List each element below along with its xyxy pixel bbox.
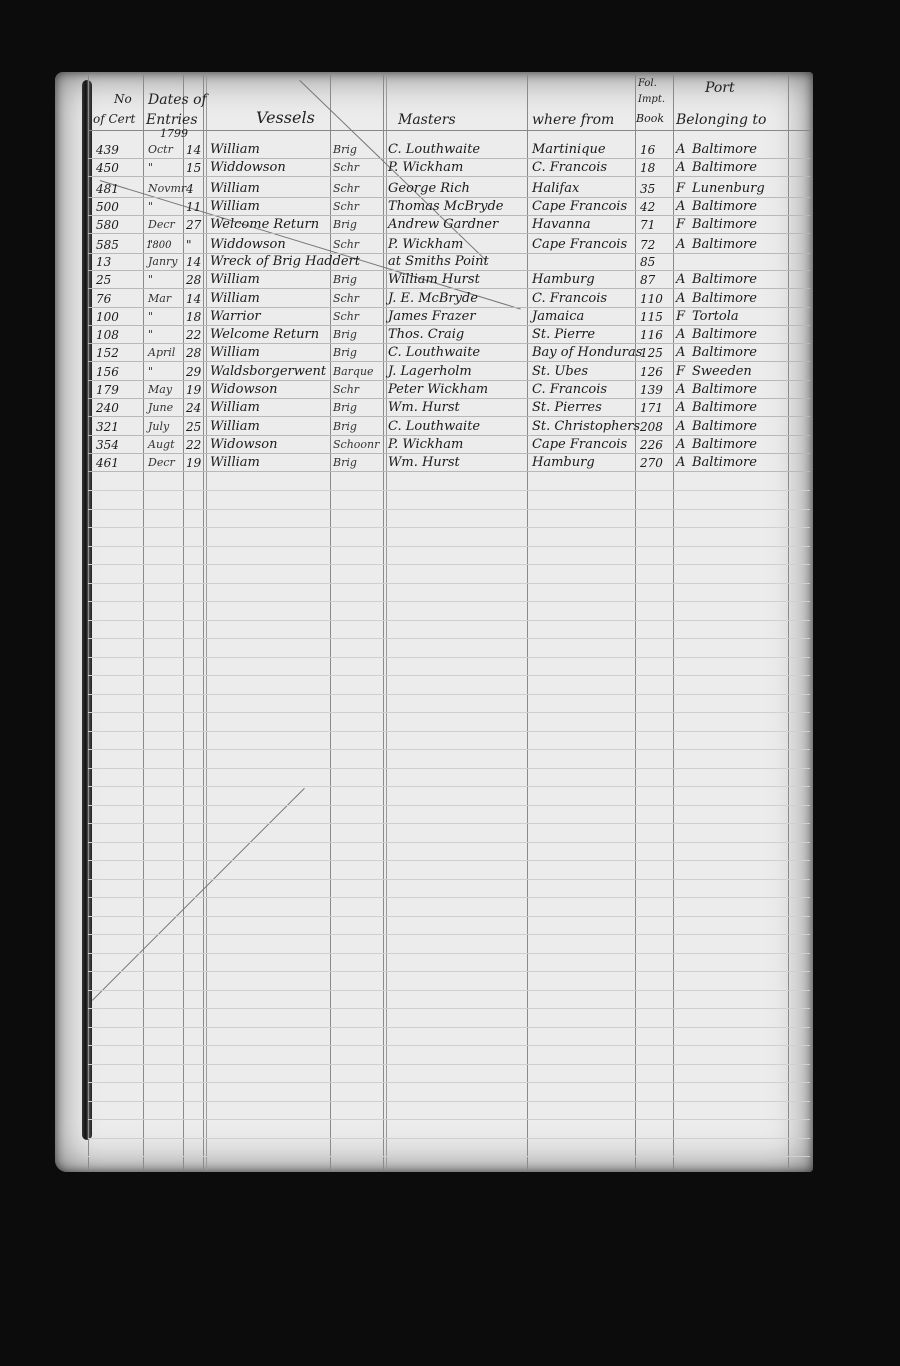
row-rule xyxy=(88,971,810,972)
vessel-name: Widowson xyxy=(210,381,277,399)
home-port: Baltimore xyxy=(692,418,757,436)
flag-mark: A xyxy=(676,399,685,417)
entry-number: 240 xyxy=(96,399,119,417)
master-name: George Rich xyxy=(388,180,470,198)
entry-day: 22 xyxy=(186,326,201,344)
vessel-name: Widdowson xyxy=(210,159,286,177)
vessel-name: William xyxy=(210,399,260,417)
entry-number: 354 xyxy=(96,436,119,454)
header-no-sub: of Cert xyxy=(93,112,135,126)
entry-day: 4 xyxy=(186,180,194,198)
home-port: Baltimore xyxy=(692,381,757,399)
folio-number: 126 xyxy=(640,363,663,381)
vessel-rig: Brig xyxy=(333,418,357,436)
origin-port: St. Ubes xyxy=(532,363,588,381)
master-name: J. Lagerholm xyxy=(388,363,472,381)
master-name: William Hurst xyxy=(388,271,480,289)
origin-port: St. Christophers xyxy=(532,418,640,436)
flag-mark: A xyxy=(676,198,685,216)
folio-number: 226 xyxy=(640,436,663,454)
vessel-name: Wreck of Brig Haddert xyxy=(210,253,360,271)
row-rule xyxy=(88,749,810,750)
entry-number: 585 xyxy=(96,236,119,254)
entry-month: Decr xyxy=(148,216,175,234)
entry-number: 25 xyxy=(96,271,111,289)
row-rule xyxy=(88,583,810,584)
entry-month: Mar xyxy=(148,290,171,308)
entry-month: Novmr xyxy=(148,180,186,198)
vessel-name: Welcome Return xyxy=(210,216,319,234)
flag-mark: A xyxy=(676,454,685,472)
rule-line xyxy=(527,75,528,1170)
entry-month: Decr xyxy=(148,454,175,472)
entry-month: Augt xyxy=(148,436,175,454)
rule-line xyxy=(88,75,89,1170)
header-folio-book: Book xyxy=(636,112,664,125)
entry-number: 439 xyxy=(96,141,119,159)
origin-port: Hamburg xyxy=(532,271,595,289)
row-rule xyxy=(88,934,810,935)
year-label: 1799 xyxy=(160,127,188,140)
header-port-sub: Belonging to xyxy=(676,112,766,128)
flag-mark: A xyxy=(676,326,685,344)
entry-number: 461 xyxy=(96,454,119,472)
vessel-rig: Schr xyxy=(333,308,359,326)
row-rule xyxy=(88,1064,810,1065)
folio-number: 71 xyxy=(640,216,655,234)
entry-month: " xyxy=(148,236,153,254)
vessel-rig: Brig xyxy=(333,141,357,159)
home-port: Lunenburg xyxy=(692,180,765,198)
entry-day: 27 xyxy=(186,216,201,234)
master-name: at Smiths Point xyxy=(388,253,489,271)
header-rule xyxy=(88,130,810,131)
vessel-rig: Brig xyxy=(333,399,357,417)
flag-mark: A xyxy=(676,271,685,289)
entry-month: " xyxy=(148,271,153,289)
entry-day: 14 xyxy=(186,290,201,308)
master-name: Wm. Hurst xyxy=(388,454,460,472)
row-rule xyxy=(88,1101,810,1102)
rule-line xyxy=(635,75,636,1170)
entry-day: 29 xyxy=(186,363,201,381)
master-name: P. Wickham xyxy=(388,159,463,177)
origin-port: C. Francois xyxy=(532,159,607,177)
row-rule xyxy=(88,1027,810,1028)
master-name: P. Wickham xyxy=(388,236,463,254)
entry-day: 25 xyxy=(186,418,201,436)
entry-month: " xyxy=(148,308,153,326)
row-rule xyxy=(88,694,810,695)
row-rule xyxy=(88,731,810,732)
origin-port: C. Francois xyxy=(532,381,607,399)
vessel-name: Welcome Return xyxy=(210,326,319,344)
vessel-rig: Schr xyxy=(333,290,359,308)
folio-number: 85 xyxy=(640,253,655,271)
folio-number: 270 xyxy=(640,454,663,472)
header-dates: Dates of xyxy=(148,92,207,108)
entry-month: " xyxy=(148,326,153,344)
entry-number: 321 xyxy=(96,418,119,436)
entry-day: 15 xyxy=(186,159,201,177)
folio-number: 115 xyxy=(640,308,663,326)
row-rule xyxy=(88,638,810,639)
entry-number: 580 xyxy=(96,216,119,234)
header-where-from: where from xyxy=(532,112,614,128)
flag-mark: A xyxy=(676,436,685,454)
row-rule xyxy=(88,916,810,917)
home-port: Baltimore xyxy=(692,141,757,159)
vessel-rig: Schr xyxy=(333,198,359,216)
entry-month: Octr xyxy=(148,141,173,159)
flag-mark: F xyxy=(676,216,685,234)
vessel-rig: Schr xyxy=(333,381,359,399)
entry-number: 156 xyxy=(96,363,119,381)
row-rule xyxy=(88,564,810,565)
origin-port: Havanna xyxy=(532,216,591,234)
origin-port: St. Pierres xyxy=(532,399,602,417)
entry-number: 179 xyxy=(96,381,119,399)
folio-number: 16 xyxy=(640,141,655,159)
folio-number: 116 xyxy=(640,326,663,344)
row-rule xyxy=(88,860,810,861)
vessel-rig: Brig xyxy=(333,271,357,289)
home-port: Tortola xyxy=(692,308,739,326)
row-rule xyxy=(88,768,810,769)
vessel-name: William xyxy=(210,271,260,289)
master-name: Thomas McBryde xyxy=(388,198,503,216)
entry-month: June xyxy=(148,399,173,417)
vessel-name: William xyxy=(210,454,260,472)
vessel-name: William xyxy=(210,141,260,159)
folio-number: 171 xyxy=(640,399,663,417)
origin-port: C. Francois xyxy=(532,290,607,308)
home-port: Baltimore xyxy=(692,436,757,454)
entry-month: May xyxy=(148,381,172,399)
vessel-rig: Barque xyxy=(333,363,374,381)
vessel-name: Widowson xyxy=(210,436,277,454)
rule-line xyxy=(330,75,331,1170)
folio-number: 18 xyxy=(640,159,655,177)
rule-line xyxy=(673,75,674,1170)
entry-day: " xyxy=(186,236,192,254)
origin-port: Cape Francois xyxy=(532,198,627,216)
home-port: Baltimore xyxy=(692,236,757,254)
entry-number: 481 xyxy=(96,180,119,198)
entry-number: 100 xyxy=(96,308,119,326)
home-port: Baltimore xyxy=(692,216,757,234)
row-rule xyxy=(88,490,810,491)
entry-number: 76 xyxy=(96,290,111,308)
home-port: Baltimore xyxy=(692,271,757,289)
vessel-rig: Brig xyxy=(333,216,357,234)
row-rule xyxy=(88,953,810,954)
entry-month: " xyxy=(148,363,153,381)
flag-mark: A xyxy=(676,159,685,177)
origin-port: St. Pierre xyxy=(532,326,595,344)
rule-line xyxy=(203,75,204,1170)
home-port: Baltimore xyxy=(692,344,757,362)
row-rule xyxy=(88,786,810,787)
vessel-rig: Brig xyxy=(333,344,357,362)
origin-port: Martinique xyxy=(532,141,606,159)
folio-number: 42 xyxy=(640,198,655,216)
entry-day: 19 xyxy=(186,454,201,472)
row-rule xyxy=(88,527,810,528)
flag-mark: F xyxy=(676,180,685,198)
master-name: C. Louthwaite xyxy=(388,141,480,159)
entry-day: 24 xyxy=(186,399,201,417)
entry-day: 18 xyxy=(186,308,201,326)
master-name: C. Louthwaite xyxy=(388,418,480,436)
origin-port: Cape Francois xyxy=(532,236,627,254)
vessel-name: Widdowson xyxy=(210,236,286,254)
header-folio: Fol. xyxy=(638,78,657,89)
row-rule xyxy=(88,805,810,806)
home-port: Baltimore xyxy=(692,159,757,177)
entry-number: 500 xyxy=(96,198,119,216)
master-name: Peter Wickham xyxy=(388,381,488,399)
entry-month: April xyxy=(148,344,175,362)
entry-number: 108 xyxy=(96,326,119,344)
home-port: Sweeden xyxy=(692,363,752,381)
master-name: Wm. Hurst xyxy=(388,399,460,417)
folio-number: 87 xyxy=(640,271,655,289)
entry-day: 28 xyxy=(186,271,201,289)
header-masters: Masters xyxy=(398,112,456,128)
folio-number: 208 xyxy=(640,418,663,436)
header-port: Port xyxy=(705,80,735,96)
vessel-name: William xyxy=(210,418,260,436)
row-rule xyxy=(88,675,810,676)
folio-number: 125 xyxy=(640,344,663,362)
vessel-rig: Brig xyxy=(333,326,357,344)
origin-port: Jamaica xyxy=(532,308,584,326)
entry-day: 22 xyxy=(186,436,201,454)
flag-mark: A xyxy=(676,344,685,362)
flag-mark: A xyxy=(676,236,685,254)
entry-month: Janry xyxy=(148,253,178,271)
rule-line xyxy=(788,75,789,1170)
row-rule xyxy=(88,657,810,658)
master-name: C. Louthwaite xyxy=(388,344,480,362)
vessel-name: William xyxy=(210,180,260,198)
row-rule xyxy=(88,1082,810,1083)
entry-day: 28 xyxy=(186,344,201,362)
flag-mark: F xyxy=(676,308,685,326)
origin-port: Bay of Honduras xyxy=(532,344,642,362)
flag-mark: A xyxy=(676,418,685,436)
row-rule xyxy=(88,1119,810,1120)
vessel-rig: Brig xyxy=(333,454,357,472)
entry-number: 13 xyxy=(96,253,111,271)
row-rule xyxy=(88,1045,810,1046)
row-rule xyxy=(88,879,810,880)
row-rule xyxy=(88,712,810,713)
header-folio-sub: Impt. xyxy=(638,94,665,105)
row-rule xyxy=(88,823,810,824)
flag-mark: A xyxy=(676,381,685,399)
flag-mark: A xyxy=(676,290,685,308)
row-rule xyxy=(88,601,810,602)
home-port: Baltimore xyxy=(692,454,757,472)
row-rule xyxy=(88,1138,810,1139)
master-name: Thos. Craig xyxy=(388,326,464,344)
folio-number: 72 xyxy=(640,236,655,254)
vessel-name: Waldsborgerwent xyxy=(210,363,326,381)
vessel-name: William xyxy=(210,344,260,362)
entry-day: 14 xyxy=(186,141,201,159)
vessel-rig: Schr xyxy=(333,180,359,198)
folio-number: 110 xyxy=(640,290,663,308)
header-no: No xyxy=(114,92,132,106)
vessel-rig: Schr xyxy=(333,159,359,177)
entry-month: " xyxy=(148,159,153,177)
origin-port: Halifax xyxy=(532,180,579,198)
flag-mark: A xyxy=(676,141,685,159)
row-rule xyxy=(88,897,810,898)
entry-day: 11 xyxy=(186,198,201,216)
vessel-rig: Schoonr xyxy=(333,436,379,454)
row-rule xyxy=(88,990,810,991)
entry-number: 152 xyxy=(96,344,119,362)
rule-line xyxy=(383,75,384,1170)
row-rule xyxy=(88,509,810,510)
folio-number: 139 xyxy=(640,381,663,399)
rule-line xyxy=(143,75,144,1170)
master-name: J. E. McBryde xyxy=(388,290,478,308)
master-name: Andrew Gardner xyxy=(388,216,498,234)
rule-line xyxy=(183,75,184,1170)
vessel-name: Warrior xyxy=(210,308,261,326)
home-port: Baltimore xyxy=(692,290,757,308)
header-dates-sub: Entries xyxy=(146,112,198,128)
row-rule xyxy=(88,1008,810,1009)
entry-day: 19 xyxy=(186,381,201,399)
entry-month: " xyxy=(148,198,153,216)
master-name: James Frazer xyxy=(388,308,476,326)
entry-month: July xyxy=(148,418,169,436)
origin-port: Hamburg xyxy=(532,454,595,472)
origin-port: Cape Francois xyxy=(532,436,627,454)
vessel-name: William xyxy=(210,198,260,216)
header-vessels: Vessels xyxy=(256,108,315,127)
home-port: Baltimore xyxy=(692,399,757,417)
flag-mark: F xyxy=(676,363,685,381)
row-rule xyxy=(88,620,810,621)
row-rule xyxy=(88,546,810,547)
folio-number: 35 xyxy=(640,180,655,198)
home-port: Baltimore xyxy=(692,198,757,216)
row-rule xyxy=(88,1156,810,1157)
vessel-name: William xyxy=(210,290,260,308)
entry-day: 14 xyxy=(186,253,201,271)
binding-stitch xyxy=(82,80,92,1140)
entry-number: 450 xyxy=(96,159,119,177)
master-name: P. Wickham xyxy=(388,436,463,454)
row-rule xyxy=(88,842,810,843)
vessel-rig: Schr xyxy=(333,236,359,254)
home-port: Baltimore xyxy=(692,326,757,344)
